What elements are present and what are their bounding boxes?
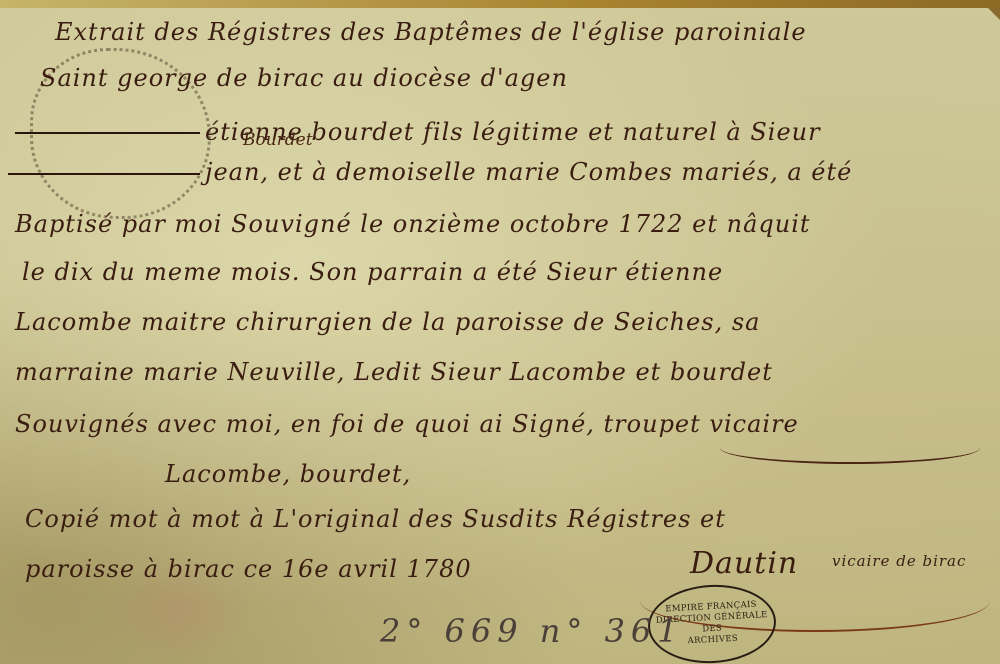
text-line-11: Copié mot à mot à L'original des Susdits… [25, 505, 726, 533]
strikethrough-line [8, 173, 200, 175]
text-line-10-signatures: Lacombe, bourdet, [165, 460, 411, 488]
text-line-1: Extrait des Régistres des Baptêmes de l'… [55, 18, 807, 46]
strikethrough-line [15, 132, 200, 134]
text-line-7: Lacombe maitre chirurgien de la paroisse… [15, 308, 760, 336]
text-line-9: Souvignés avec moi, en foi de quoi ai Si… [15, 410, 799, 438]
text-line-4: jean, et à demoiselle marie Combes marié… [205, 158, 852, 186]
paper-top-edge [0, 0, 1000, 8]
text-line-5: Baptisé par moi Souvigné le onzième octo… [15, 210, 811, 238]
signature-title: vicaire de birac [832, 552, 966, 570]
text-line-8: marraine marie Neuville, Ledit Sieur Lac… [15, 358, 773, 386]
marginal-insert: Bourdet [243, 130, 313, 150]
stamp-line-4: ARCHIVES [687, 634, 738, 648]
archive-number: 2° 669 n° 361 [380, 612, 684, 650]
text-line-6: le dix du meme mois. Son parrain a été S… [22, 258, 723, 286]
text-line-12: paroisse à birac ce 16e avril 1780 [25, 555, 472, 583]
text-line-2: Saint george de birac au diocèse d'agen [40, 64, 568, 92]
signature-flourish [720, 432, 980, 464]
